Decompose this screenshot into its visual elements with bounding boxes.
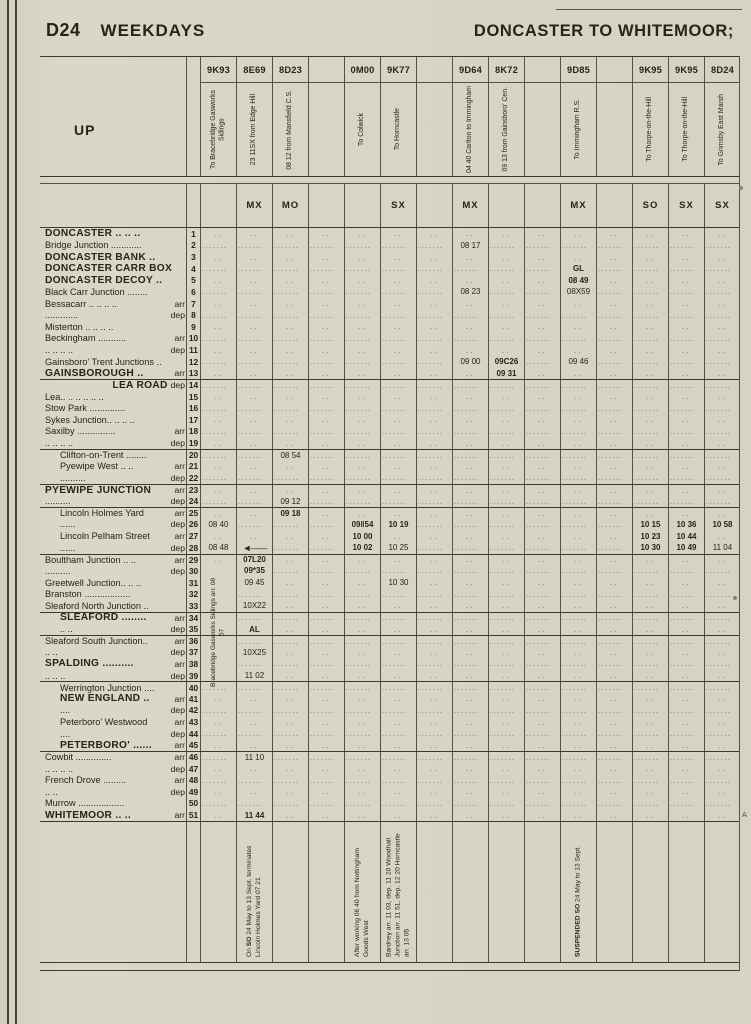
empty-cell: ..: [344, 228, 380, 240]
empty-cell: .......: [344, 636, 380, 647]
empty-cell: .......: [344, 728, 380, 740]
timetable-row-47: .. .. .. ..dep47........................…: [40, 763, 739, 775]
empty-cell: ..: [344, 623, 380, 635]
station-label: Pyewipe West .. ..: [60, 461, 174, 471]
timetable-row-50: Murrow ..................50.............…: [40, 798, 739, 810]
empty-cell: ..: [488, 275, 524, 287]
timetable-row-49: .. ..dep49..............................: [40, 786, 739, 798]
empty-cell: ..: [344, 485, 380, 496]
timetable-row-13: GAINSBOROUGH ..arr13................09 3…: [40, 368, 739, 380]
station-cell: ....dep: [40, 705, 186, 717]
empty-cell: ..: [560, 344, 596, 356]
empty-cell: ..: [632, 809, 668, 821]
arr-dep-label: arr: [174, 613, 186, 623]
empty-cell: ..: [416, 251, 452, 263]
empty-cell: ..: [308, 577, 344, 589]
empty-cell: .......: [524, 658, 560, 670]
empty-cell: .......: [272, 636, 308, 647]
train-code-9K93: 9K93: [200, 57, 236, 83]
empty-cell: .......: [668, 472, 704, 484]
empty-cell: .......: [344, 263, 380, 275]
footnote-cell-0: [200, 822, 236, 962]
empty-cell: .......: [524, 380, 560, 391]
row-number: 11: [186, 344, 200, 356]
row-number: 7: [186, 298, 200, 310]
time-cell: 08 49: [560, 275, 596, 287]
empty-cell: ..: [560, 321, 596, 333]
empty-cell: ..: [416, 508, 452, 519]
empty-cell: .......: [380, 426, 416, 438]
empty-cell: .......: [344, 286, 380, 298]
empty-cell: .......: [416, 636, 452, 647]
empty-cell: .......: [632, 402, 668, 414]
empty-cell: .......: [416, 380, 452, 391]
empty-cell: ..: [704, 437, 740, 449]
station-cell: Werrington Junction ....: [40, 682, 186, 693]
empty-cell: .......: [452, 309, 488, 321]
destination-text: 09 13 from Gainsboro' Cen.: [502, 87, 511, 171]
footnote-segment: On: [246, 946, 253, 957]
empty-cell: ..: [380, 716, 416, 728]
empty-cell: .......: [200, 402, 236, 414]
empty-cell: ..: [380, 647, 416, 659]
empty-cell: ..: [272, 809, 308, 821]
empty-cell: ..: [200, 437, 236, 449]
empty-cell: ..: [560, 251, 596, 263]
empty-cell: .......: [632, 705, 668, 717]
empty-cell: ..: [668, 485, 704, 496]
empty-cell: ..: [344, 647, 380, 659]
arr-dep-label: dep: [171, 438, 186, 448]
empty-cell: ..: [668, 693, 704, 705]
empty-cell: .......: [560, 705, 596, 717]
empty-cell: .......: [668, 402, 704, 414]
empty-cell: .......: [704, 402, 740, 414]
empty-cell: ..: [380, 740, 416, 752]
row-number: 2: [186, 240, 200, 252]
empty-cell: .......: [632, 658, 668, 670]
station-label: .. .. .. ..: [45, 438, 171, 448]
empty-cell: .......: [380, 752, 416, 763]
empty-cell: .......: [416, 495, 452, 507]
empty-cell: ..: [200, 275, 236, 287]
train-destination-10: To Immingham R.S.: [560, 83, 596, 176]
empty-cell: ..: [272, 368, 308, 380]
empty-cell: .......: [380, 495, 416, 507]
station-label: LEA ROAD: [45, 380, 171, 391]
timetable-row-45: PETERBORO' ......arr45..................…: [40, 740, 739, 752]
empty-cell: .......: [560, 682, 596, 693]
empty-cell: .......: [452, 263, 488, 275]
footnote-segment: 24 May to 13 Sept.: [574, 846, 581, 904]
empty-cell: .......: [596, 705, 632, 717]
empty-cell: ..: [452, 344, 488, 356]
empty-cell: .......: [380, 682, 416, 693]
empty-cell: ..: [236, 763, 272, 775]
station-label: Lincoln Pelham Street: [60, 531, 174, 541]
destination-text: To Grimsby East Marsh: [718, 94, 727, 166]
arr-dep-label: dep: [171, 496, 186, 506]
empty-cell: .......: [416, 588, 452, 600]
empty-cell: .......: [416, 658, 452, 670]
station-label: ....: [60, 729, 171, 739]
station-cell: WHITEMOOR .. ..arr: [40, 809, 186, 821]
row-number: 12: [186, 356, 200, 368]
route-title: DONCASTER TO WHITEMOOR;: [474, 22, 740, 41]
time-cell: 09 00: [452, 356, 488, 368]
empty-cell: .......: [200, 286, 236, 298]
station-label: Greetwell Junction.. .. ..: [45, 578, 185, 588]
station-cell: DONCASTER .. .. ..: [40, 228, 186, 240]
empty-cell: ..: [524, 344, 560, 356]
empty-cell: .......: [308, 798, 344, 810]
empty-cell: .......: [524, 542, 560, 554]
empty-cell: .......: [704, 658, 740, 670]
footnote-cell-12: [632, 822, 668, 962]
station-cell: DONCASTER BANK ..: [40, 251, 186, 263]
arr-dep-label: arr: [174, 810, 186, 820]
empty-cell: ..: [308, 740, 344, 752]
empty-cell: ..: [704, 763, 740, 775]
arr-dep-label: dep: [171, 566, 186, 576]
empty-cell: .......: [524, 426, 560, 438]
empty-cell: .......: [560, 588, 596, 600]
timetable-row-3: DONCASTER BANK ..3......................…: [40, 251, 739, 263]
empty-cell: ..: [596, 275, 632, 287]
empty-cell: ..: [380, 555, 416, 566]
empty-cell: .......: [380, 402, 416, 414]
empty-cell: .......: [596, 588, 632, 600]
arr-dep-label: dep: [171, 647, 186, 657]
arr-dep-label: arr: [174, 461, 186, 471]
empty-cell: .......: [596, 519, 632, 531]
empty-cell: ..: [452, 763, 488, 775]
empty-cell: ..: [668, 740, 704, 752]
timetable-row-4: DONCASTER CARR BOX4.....................…: [40, 263, 739, 275]
empty-cell: .......: [200, 333, 236, 345]
station-label: ..........: [60, 473, 171, 483]
empty-cell: .......: [524, 636, 560, 647]
empty-cell: ..: [632, 763, 668, 775]
empty-cell: .......: [596, 774, 632, 786]
empty-cell: .......: [200, 426, 236, 438]
empty-cell: ..: [704, 555, 740, 566]
empty-cell: .......: [308, 682, 344, 693]
row-number-column-footer: [186, 822, 200, 962]
empty-cell: .......: [596, 402, 632, 414]
empty-cell: .......: [200, 752, 236, 763]
empty-cell: ..: [560, 647, 596, 659]
row-number: 47: [186, 763, 200, 775]
row-number: 51: [186, 809, 200, 821]
footnote-cell-11: [596, 822, 632, 962]
empty-cell: .......: [344, 613, 380, 624]
empty-cell: .......: [236, 682, 272, 693]
empty-cell: ..: [416, 763, 452, 775]
empty-cell: ..: [488, 437, 524, 449]
empty-cell: .......: [308, 380, 344, 391]
empty-cell: .......: [704, 565, 740, 577]
empty-cell: .......: [632, 356, 668, 368]
station-cell: Clifton-on-Trent ........: [40, 450, 186, 461]
empty-cell: .......: [380, 263, 416, 275]
destination-text: To Thorpe-on-the-Hill: [646, 97, 655, 162]
empty-cell: .......: [524, 240, 560, 252]
empty-cell: ..: [308, 298, 344, 310]
empty-cell: ..: [416, 461, 452, 473]
empty-cell: ..: [452, 414, 488, 426]
station-cell: Saxilby ...............arr: [40, 426, 186, 438]
empty-cell: .......: [236, 774, 272, 786]
footnote-cell-5: Bardney arr. 11 03, dep. 11 20 Woodhall …: [380, 822, 416, 962]
empty-cell: .......: [488, 542, 524, 554]
timetable-body: DONCASTER .. .. ..1.....................…: [40, 228, 739, 822]
empty-cell: .......: [704, 240, 740, 252]
empty-cell: ..: [344, 251, 380, 263]
timetable-row-8: .............dep8.......................…: [40, 309, 739, 321]
timetable-row-44: ....dep44...............................…: [40, 728, 739, 740]
row-number: 32: [186, 588, 200, 600]
empty-cell: .......: [236, 798, 272, 810]
empty-cell: .......: [596, 658, 632, 670]
train-code-blank-9: [524, 57, 560, 83]
footnote-cell-8: [488, 822, 524, 962]
empty-cell: ..: [488, 530, 524, 542]
row-number: 15: [186, 391, 200, 403]
station-label: Bridge Junction ............: [45, 240, 185, 250]
empty-cell: .......: [524, 752, 560, 763]
empty-cell: .......: [236, 356, 272, 368]
empty-cell: .......: [488, 728, 524, 740]
station-cell: Branston ..................: [40, 588, 186, 600]
empty-cell: .......: [488, 519, 524, 531]
empty-cell: ..: [272, 275, 308, 287]
empty-cell: .......: [308, 263, 344, 275]
timetable-row-35: .. ..dep35AL..........................: [40, 623, 739, 635]
empty-cell: .......: [308, 774, 344, 786]
timetable-row-22: ..........dep22.........................…: [40, 472, 739, 484]
empty-cell: .......: [560, 380, 596, 391]
empty-cell: ..: [344, 716, 380, 728]
empty-cell: .......: [632, 636, 668, 647]
empty-cell: ..: [200, 555, 236, 566]
empty-cell: .......: [272, 519, 308, 531]
empty-cell: ..: [380, 763, 416, 775]
empty-cell: ..: [632, 485, 668, 496]
empty-cell: ..: [524, 693, 560, 705]
time-cell: 10 49: [668, 542, 704, 554]
empty-cell: .......: [344, 495, 380, 507]
empty-cell: ..: [524, 485, 560, 496]
empty-cell: ..: [416, 786, 452, 798]
station-label: ....: [60, 705, 171, 715]
empty-cell: ..: [560, 228, 596, 240]
empty-cell: .......: [380, 658, 416, 670]
empty-cell: .......: [200, 263, 236, 275]
empty-cell: ..: [380, 600, 416, 612]
arr-dep-label: dep: [171, 519, 186, 529]
empty-cell: .......: [416, 542, 452, 554]
empty-cell: .......: [560, 565, 596, 577]
empty-cell: .......: [524, 472, 560, 484]
row-number: 37: [186, 647, 200, 659]
empty-cell: ..: [308, 485, 344, 496]
empty-cell: ..: [668, 344, 704, 356]
empty-cell: ..: [524, 321, 560, 333]
time-cell: 09 18: [272, 508, 308, 519]
time-cell: 09‖54: [344, 519, 380, 531]
destination-text: 04 40 Carlton to Immingham: [466, 86, 475, 173]
station-label: .. .. .. ..: [45, 764, 171, 774]
empty-cell: .......: [272, 286, 308, 298]
day-code-6: [416, 184, 452, 227]
empty-cell: ..: [488, 251, 524, 263]
empty-cell: .......: [272, 588, 308, 600]
footnote-cell-13: [668, 822, 704, 962]
arr-dep-label: arr: [174, 659, 186, 669]
row-number: 28: [186, 542, 200, 554]
direction-cell: UP: [40, 83, 186, 176]
station-cell: Black Carr Junction ........: [40, 286, 186, 298]
empty-cell: ..: [272, 228, 308, 240]
timetable-page: D24 WEEKDAYS DONCASTER TO WHITEMOOR; 9K9…: [0, 0, 751, 1024]
empty-cell: .......: [704, 450, 740, 461]
row-number: 41: [186, 693, 200, 705]
day-code-14: SX: [704, 184, 740, 227]
empty-cell: .......: [560, 542, 596, 554]
empty-cell: .......: [704, 682, 740, 693]
empty-cell: ..: [308, 600, 344, 612]
station-cell: PYEWIPE JUNCTIONarr: [40, 485, 186, 496]
station-label: .. ..: [45, 647, 171, 657]
empty-cell: .......: [200, 495, 236, 507]
empty-cell: ..: [308, 275, 344, 287]
footnote-spacer: [40, 822, 186, 962]
empty-cell: .......: [344, 402, 380, 414]
empty-cell: ..: [380, 437, 416, 449]
empty-cell: .......: [308, 426, 344, 438]
empty-cell: ..: [236, 508, 272, 519]
empty-cell: ..: [416, 368, 452, 380]
empty-cell: ..: [272, 391, 308, 403]
time-cell: AL: [236, 623, 272, 635]
station-label: Lea.. .. .. .. .. ..: [45, 392, 185, 402]
empty-cell: ..: [632, 251, 668, 263]
station-cell: ......dep: [40, 542, 186, 554]
empty-cell: ..: [272, 461, 308, 473]
empty-cell: ..: [380, 298, 416, 310]
empty-cell: .......: [452, 565, 488, 577]
empty-cell: .......: [344, 380, 380, 391]
bottom-double-rule: [40, 962, 739, 971]
time-cell: 10 00: [344, 530, 380, 542]
footnote-cell-2: [272, 822, 308, 962]
arr-dep-label: dep: [171, 787, 186, 797]
station-label: Werrington Junction ....: [60, 683, 185, 693]
direction-label: UP: [74, 122, 95, 138]
empty-cell: ..: [200, 391, 236, 403]
row-number: 22: [186, 472, 200, 484]
empty-cell: .......: [524, 263, 560, 275]
empty-cell: ..: [452, 461, 488, 473]
footnote-cell-3: [308, 822, 344, 962]
empty-cell: .......: [236, 705, 272, 717]
row-number: 34: [186, 613, 200, 624]
empty-cell: .......: [596, 309, 632, 321]
empty-cell: ..: [596, 461, 632, 473]
empty-cell: ..: [344, 577, 380, 589]
empty-cell: .......: [632, 752, 668, 763]
empty-cell: ..: [200, 368, 236, 380]
empty-cell: ..: [560, 298, 596, 310]
empty-cell: .......: [596, 356, 632, 368]
empty-cell: ..: [704, 670, 740, 682]
station-label: Beckingham ...........: [45, 333, 174, 343]
empty-cell: .......: [524, 495, 560, 507]
empty-cell: ..: [668, 670, 704, 682]
arr-dep-label: arr: [174, 717, 186, 727]
empty-cell: .......: [668, 752, 704, 763]
empty-cell: .......: [560, 495, 596, 507]
empty-cell: .......: [416, 263, 452, 275]
empty-cell: ..: [416, 414, 452, 426]
empty-cell: .......: [308, 658, 344, 670]
station-label: DONCASTER CARR BOX: [45, 263, 185, 274]
station-cell: Boultham Junction .. ..arr: [40, 555, 186, 566]
empty-cell: ..: [524, 368, 560, 380]
empty-cell: ..: [200, 809, 236, 821]
empty-cell: ..: [596, 485, 632, 496]
empty-cell: ..: [560, 577, 596, 589]
empty-cell: ..: [200, 786, 236, 798]
timetable-row-28: ......dep2808 48◄——..............10 0210…: [40, 542, 739, 554]
empty-cell: ..: [416, 391, 452, 403]
empty-cell: .......: [632, 472, 668, 484]
empty-cell: ..: [452, 740, 488, 752]
empty-cell: ..: [668, 508, 704, 519]
empty-cell: .......: [344, 658, 380, 670]
empty-cell: ..: [452, 623, 488, 635]
empty-cell: ..: [524, 577, 560, 589]
empty-cell: .......: [632, 333, 668, 345]
empty-cell: .......: [416, 705, 452, 717]
timetable-row-39: .. .. ..dep3911 02......................…: [40, 670, 739, 682]
empty-cell: .......: [524, 402, 560, 414]
empty-cell: ..: [632, 414, 668, 426]
empty-cell: ..: [560, 437, 596, 449]
timetable-row-12: Gainsboro' Trent Junctions ..12.........…: [40, 356, 739, 368]
timetable-row-46: Cowbit ..............arr46.......11 10..…: [40, 751, 739, 763]
empty-cell: ..: [524, 508, 560, 519]
empty-cell: .......: [524, 309, 560, 321]
empty-cell: .......: [632, 309, 668, 321]
empty-cell: .......: [380, 450, 416, 461]
empty-cell: ..: [560, 485, 596, 496]
train-code-9D85: 9D85: [560, 57, 596, 83]
time-cell: 10X22: [236, 600, 272, 612]
empty-cell: .......: [452, 774, 488, 786]
empty-cell: ..: [308, 414, 344, 426]
time-cell: 09 45: [236, 577, 272, 589]
empty-cell: ..: [416, 321, 452, 333]
row-number: 45: [186, 740, 200, 752]
empty-cell: .......: [524, 728, 560, 740]
empty-cell: ..: [704, 251, 740, 263]
empty-cell: .......: [200, 240, 236, 252]
empty-cell: ..: [200, 414, 236, 426]
footnote-text: SUSPENDED SO 24 May to 13 Sept.: [574, 827, 583, 957]
empty-cell: ..: [308, 763, 344, 775]
